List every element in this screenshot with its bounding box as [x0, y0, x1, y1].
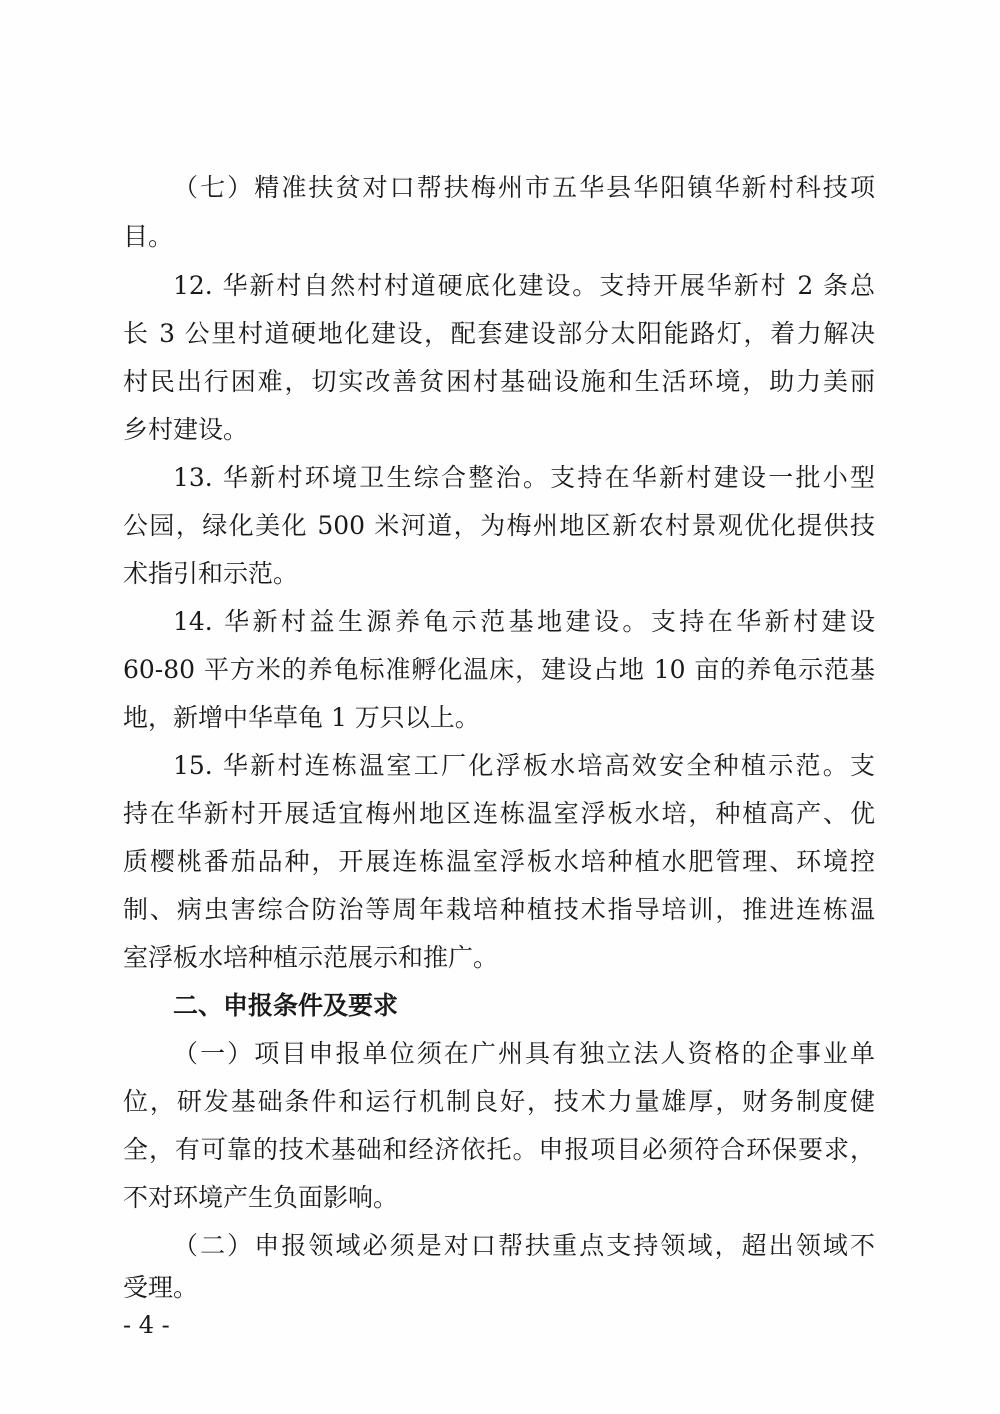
- item-12-line-2: 长 3 公里村道硬地化建设，配套建设部分太阳能路灯，着力解决: [123, 318, 875, 350]
- item-13-line-1: 13. 华新村环境卫生综合整治。支持在华新村建设一批小型: [173, 462, 875, 494]
- item-15-line-2: 持在华新村开展适宜梅州地区连栋温室浮板水培，种植高产、优: [123, 798, 875, 830]
- requirement-1-line-3: 全，有可靠的技术基础和经济依托。申报项目必须符合环保要求，: [123, 1134, 875, 1166]
- document-page: （七）精准扶贫对口帮扶梅州市五华县华阳镇华新村科技项 目。 12. 华新村自然村…: [0, 0, 1000, 1414]
- item-14-line-1: 14. 华新村益生源养龟示范基地建设。支持在华新村建设: [173, 606, 875, 638]
- item-13-line-2: 公园，绿化美化 500 米河道，为梅州地区新农村景观优化提供技: [123, 510, 875, 542]
- page-number: - 4 -: [123, 1310, 170, 1340]
- item-12-line-3: 村民出行困难，切实改善贫困村基础设施和生活环境，助力美丽: [123, 366, 875, 398]
- requirement-1-line-1: （一）项目申报单位须在广州具有独立法人资格的企事业单: [173, 1038, 875, 1070]
- item-12-line-1: 12. 华新村自然村村道硬底化建设。支持开展华新村 2 条总: [173, 270, 875, 302]
- item-14-line-2: 60-80 平方米的养龟标准孵化温床，建设占地 10 亩的养龟示范基: [123, 654, 875, 686]
- requirement-1-line-4: 不对环境产生负面影响。: [123, 1182, 875, 1214]
- item-15-line-1: 15. 华新村连栋温室工厂化浮板水培高效安全种植示范。支: [173, 750, 875, 782]
- item-15-line-5: 室浮板水培种植示范展示和推广。: [123, 942, 875, 974]
- item-12-line-4: 乡村建设。: [123, 414, 875, 446]
- section-heading-requirements: 二、申报条件及要求: [173, 990, 875, 1022]
- requirement-1-line-2: 位，研发基础条件和运行机制良好，技术力量雄厚，财务制度健: [123, 1086, 875, 1118]
- requirement-2-line-1: （二）申报领域必须是对口帮扶重点支持领域，超出领域不: [173, 1230, 875, 1262]
- item-15-line-4: 制、病虫害综合防治等周年栽培种植技术指导培训，推进连栋温: [123, 894, 875, 926]
- item-14-line-3: 地，新增中华草龟 1 万只以上。: [123, 702, 875, 734]
- subsection-7-line-2: 目。: [123, 221, 875, 253]
- subsection-7-line-1: （七）精准扶贫对口帮扶梅州市五华县华阳镇华新村科技项: [173, 172, 875, 204]
- requirement-2-line-2: 受理。: [123, 1272, 875, 1304]
- item-13-line-3: 术指引和示范。: [123, 558, 875, 590]
- item-15-line-3: 质樱桃番茄品种，开展连栋温室浮板水培种植水肥管理、环境控: [123, 846, 875, 878]
